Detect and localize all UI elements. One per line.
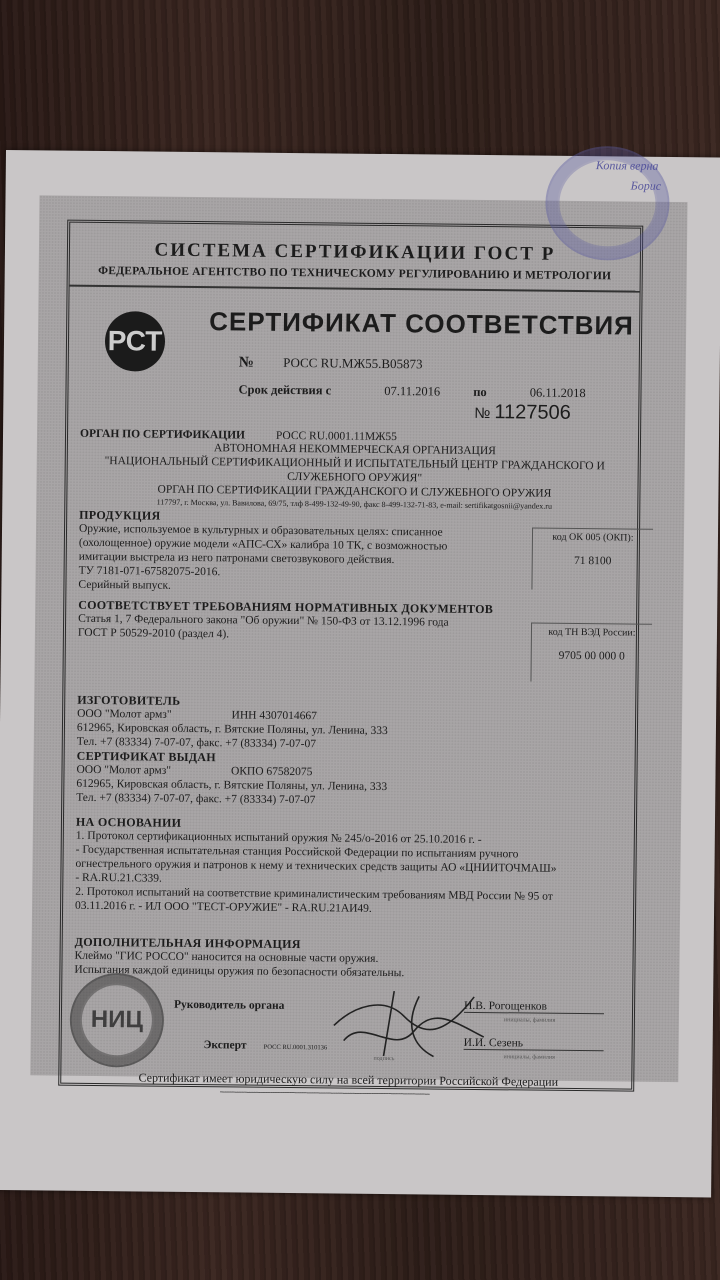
certificate-paper: СИСТЕМА СЕРТИФИКАЦИИ ГОСТ Р ФЕДЕРАЛЬНОЕ … xyxy=(0,150,720,1197)
signature-scribble-icon xyxy=(323,985,494,1067)
expert-label: Эксперт xyxy=(204,1039,247,1051)
issued-to-okpo: ОКПО 67582075 xyxy=(231,765,313,778)
head-label: Руководитель органа xyxy=(174,999,284,1012)
blank-number-value: 1127506 xyxy=(494,401,571,424)
validity-label: Срок действия с xyxy=(238,382,331,397)
name-caption: инициалы, фамилия xyxy=(504,1017,555,1024)
system-title: СИСТЕМА СЕРТИФИКАЦИИ ГОСТ Р xyxy=(70,239,640,267)
validity-note: Сертификат имеет юридическую силу на все… xyxy=(73,1070,623,1091)
manufacturer-section: ИЗГОТОВИТЕЛЬ ООО "Молот армз"ИНН 4307014… xyxy=(76,693,617,811)
valid-from: 07.11.2016 xyxy=(384,384,440,399)
okp-label: код ОК 005 (ОКП): xyxy=(533,532,653,544)
okp-code-box: код ОК 005 (ОКП): 71 8100 xyxy=(531,528,653,591)
expert-registration: РОСС RU.0001.310136 xyxy=(264,1044,328,1052)
signatures-block: НИЦ Руководитель органа Н.В. Рогощенков … xyxy=(73,993,624,1089)
nic-round-stamp-icon: НИЦ xyxy=(69,973,164,1068)
validity-row: Срок действия с 07.11.2016 по 06.11.2018 xyxy=(238,382,585,401)
print-line: ━━━━━━━━━━━━━━━━━━━━━━━━━━━━━━━━━━━━━━━━… xyxy=(220,1089,430,1096)
conformity-section: СООТВЕТСТВУЕТ ТРЕБОВАНИЯМ НОРМАТИВНЫХ ДО… xyxy=(78,598,528,645)
name-caption: инициалы, фамилия xyxy=(503,1054,554,1061)
additional-info-section: ДОПОЛНИТЕЛЬНАЯ ИНФОРМАЦИЯ Клеймо "ГИС РО… xyxy=(74,935,619,983)
logo-text: РСТ xyxy=(108,325,163,358)
to-label: по xyxy=(473,385,487,399)
issued-to-name: ООО "Молот армз" xyxy=(76,764,171,777)
certificate-number: РОСС RU.МЖ55.В05873 xyxy=(283,355,423,371)
certification-body: ОРГАН ПО СЕРТИФИКАЦИИ РОСС RU.0001.11МЖ5… xyxy=(79,428,630,512)
product-section: ПРОДУКЦИЯ Оружие, используемое в культур… xyxy=(78,508,529,597)
tnved-label: код ТН ВЭД России: xyxy=(532,627,652,639)
handwritten-signature: Борис xyxy=(631,179,662,194)
tnved-value: 9705 00 000 0 xyxy=(532,650,652,663)
blank-number-label: № xyxy=(474,405,490,422)
number-label: № xyxy=(239,354,254,370)
manufacturer-name: ООО "Молот армз" xyxy=(77,708,172,721)
valid-to: 06.11.2018 xyxy=(530,385,586,400)
stamp-text: НИЦ xyxy=(91,1006,143,1035)
certification-body-label: ОРГАН ПО СЕРТИФИКАЦИИ xyxy=(80,428,245,442)
manufacturer-inn: ИНН 4307014667 xyxy=(231,709,316,722)
basis-section: НА ОСНОВАНИИ 1. Протокол сертификационны… xyxy=(75,815,621,919)
agency-title: ФЕДЕРАЛЬНОЕ АГЕНТСТВО ПО ТЕХНИЧЕСКОМУ РЕ… xyxy=(70,265,640,283)
certificate-number-row: № РОСС RU.МЖ55.В05873 xyxy=(239,354,423,373)
certificate-form-area: СИСТЕМА СЕРТИФИКАЦИИ ГОСТ Р ФЕДЕРАЛЬНОЕ … xyxy=(30,195,687,1082)
certificate-frame: СИСТЕМА СЕРТИФИКАЦИИ ГОСТ Р ФЕДЕРАЛЬНОЕ … xyxy=(58,220,643,1092)
okp-value: 71 8100 xyxy=(533,555,653,568)
blank-number: №1127506 xyxy=(474,401,571,425)
gost-r-logo-icon: РСТ xyxy=(105,311,166,372)
certificate-title: СЕРТИФИКАТ СООТВЕТСТВИЯ xyxy=(209,306,634,341)
tnved-code-box: код ТН ВЭД России: 9705 00 000 0 xyxy=(530,623,652,683)
copy-true-note: Копия верна xyxy=(596,158,659,174)
